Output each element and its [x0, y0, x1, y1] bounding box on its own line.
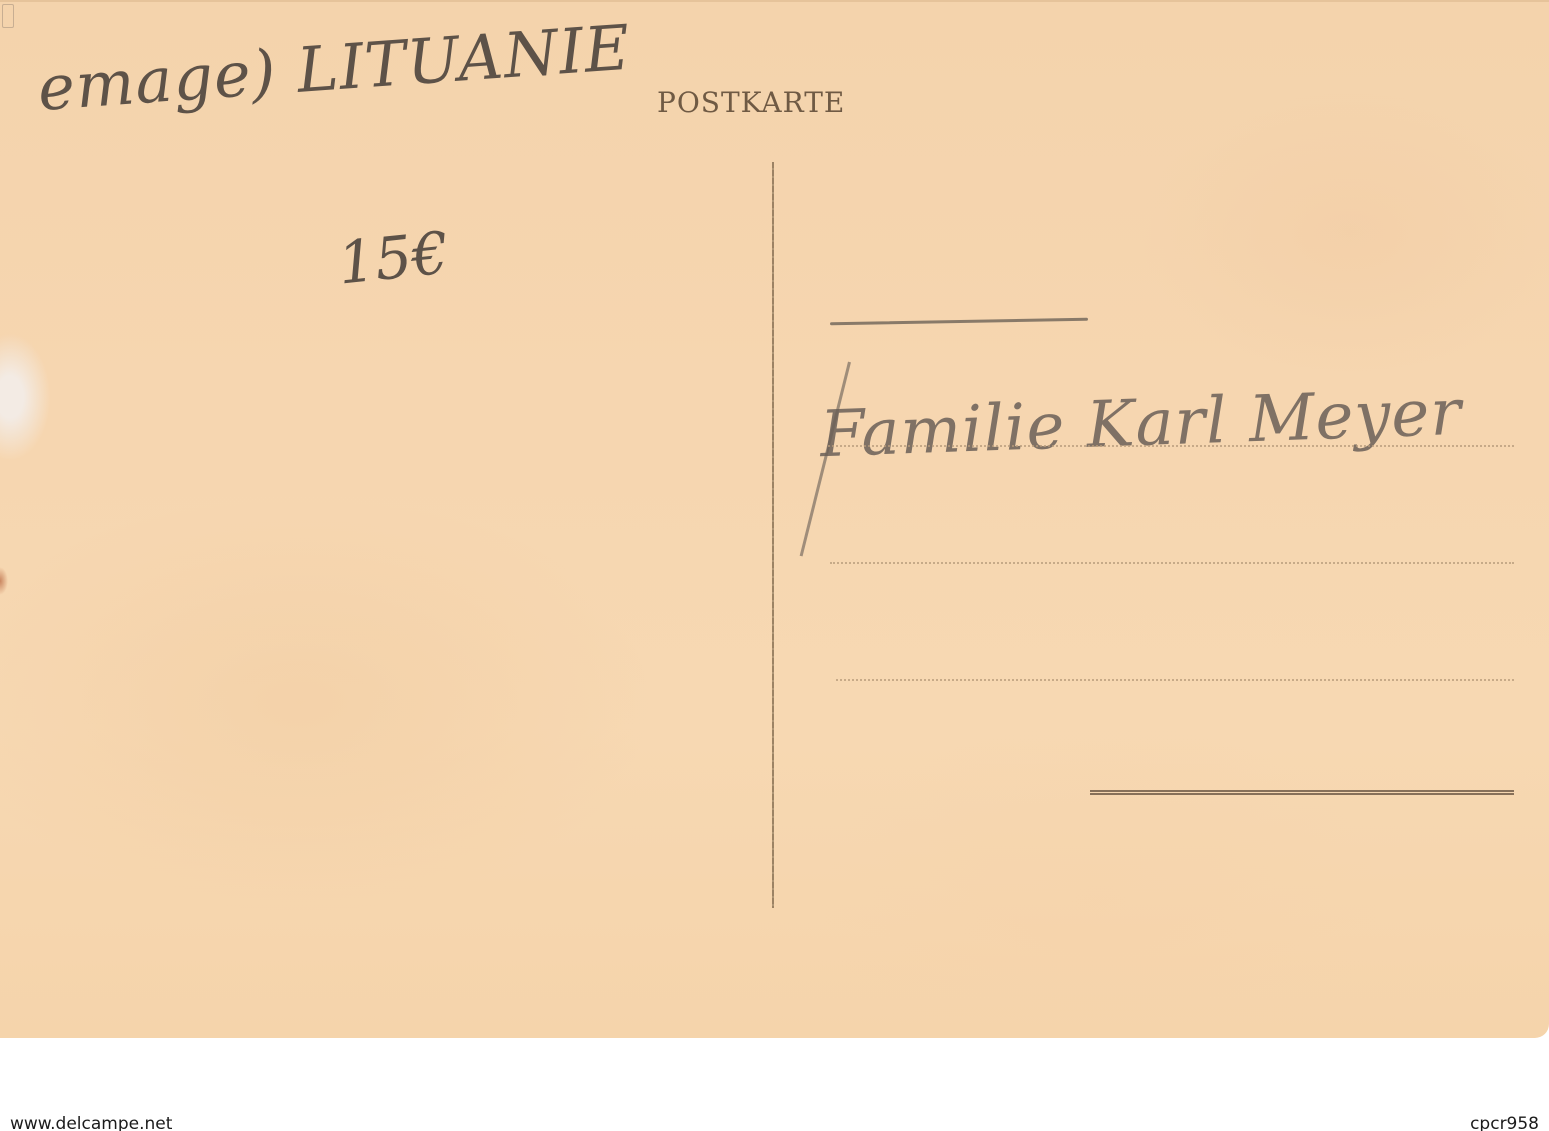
- paper-stain: [0, 567, 12, 595]
- postcard-back: POSTKARTE emage) LITUANIE 15€ Familie Ka…: [0, 0, 1549, 1038]
- watermark-seller-id: cpcr958: [1470, 1114, 1539, 1131]
- address-line-3: [836, 679, 1514, 681]
- corner-mark: [2, 4, 14, 28]
- handwritten-price: 15€: [335, 218, 452, 297]
- message-address-divider: [772, 162, 774, 908]
- watermark-site: www.delcampe.net: [10, 1114, 172, 1131]
- paper-tear: [0, 332, 60, 462]
- handwritten-addressee: Familie Karl Meyer: [819, 376, 1463, 472]
- address-line-2: [830, 562, 1514, 564]
- postcard-title: POSTKARTE: [657, 86, 845, 119]
- handwritten-note-country: emage) LITUANIE: [35, 11, 633, 125]
- address-line-destination: [1090, 790, 1514, 795]
- handwriting-flourish: [830, 318, 1088, 326]
- address-line-1: [828, 445, 1514, 447]
